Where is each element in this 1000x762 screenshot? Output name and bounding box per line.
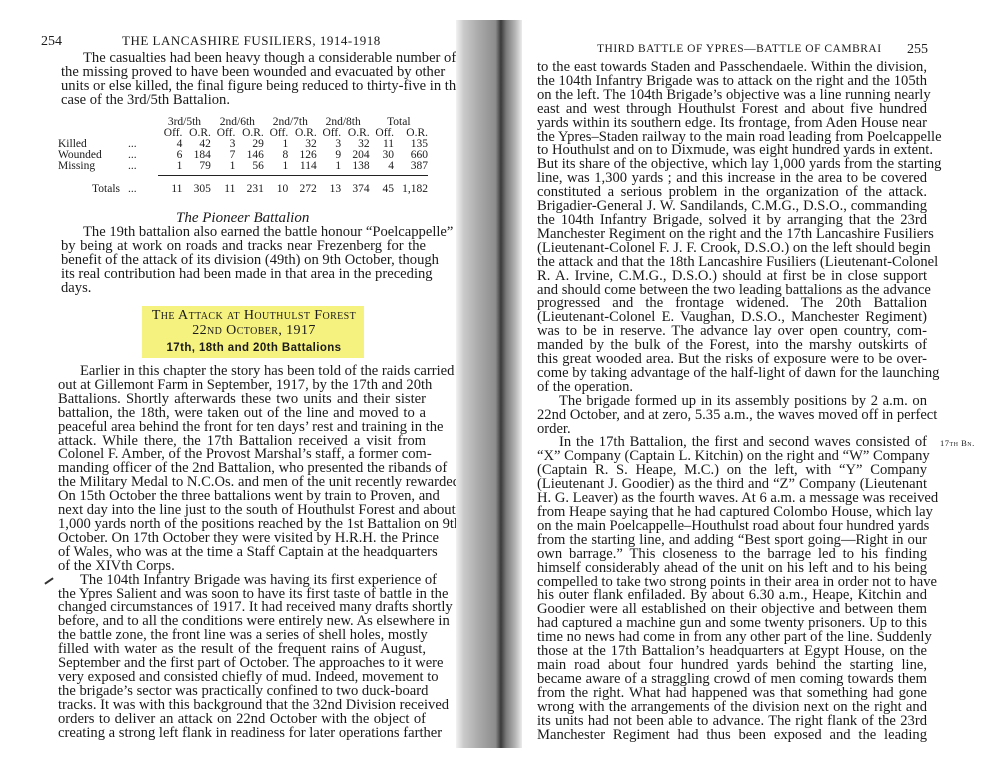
pioneer-paragraph: The 19th battalion also earned the battl… xyxy=(61,226,426,296)
body-text: to the east towards Staden and Passchend… xyxy=(537,61,927,742)
section-heading: The Attack at Houthulst Forest 22nd Octo… xyxy=(140,308,368,356)
casualty-table: 3rd/5th 2nd/6th 2nd/7th 2nd/8th Total Of… xyxy=(58,117,428,195)
section-subtitle: 17th, 18th and 20th Battalions xyxy=(140,341,368,356)
section-title: The Attack at Houthulst Forest xyxy=(140,308,368,323)
cell: 1 xyxy=(264,161,288,172)
cell: 4 xyxy=(370,161,394,172)
text-line: case of the 3rd/5th Battalion. xyxy=(61,94,426,108)
cell: 138 xyxy=(341,161,369,172)
text-line: Manchester Regiment had thus been expose… xyxy=(537,729,927,743)
cell: 1 xyxy=(158,161,182,172)
cell: 79 xyxy=(182,161,210,172)
left-page: 254 THE LANCASHIRE FUSILIERS, 1914-1918 … xyxy=(0,0,470,762)
cell: 1 xyxy=(317,161,341,172)
table-subheader: Off.O.R. Off.O.R. Off.O.R. Off.O.R. Off.… xyxy=(58,128,428,139)
table-totals-row: Totals ... 11 305 11 231 10 272 13 374 4… xyxy=(58,176,428,196)
page-number: 254 xyxy=(41,34,62,50)
leader-dots: ... xyxy=(128,161,158,172)
table-row: Killed ... 4 42 3 29 1 32 3 32 11 135 xyxy=(58,139,428,150)
margin-note: 17th Bn. xyxy=(940,438,975,448)
right-page: THIRD BATTLE OF YPRES—BATTLE OF CAMBRAI … xyxy=(520,0,1000,762)
cell: 114 xyxy=(288,161,316,172)
cell: 13 xyxy=(317,176,341,196)
cell: 231 xyxy=(235,176,263,196)
cell: 1 xyxy=(211,161,235,172)
book-gutter-shadow xyxy=(456,20,522,748)
intro-paragraph: The casualties had been heavy though a c… xyxy=(61,52,426,108)
cell: 272 xyxy=(288,176,316,196)
cell: 10 xyxy=(264,176,288,196)
row-label: Missing xyxy=(58,161,128,172)
body-text: Earlier in this chapter the story has be… xyxy=(58,365,426,740)
text-line: days. xyxy=(61,282,426,296)
text-line: 22nd October, and at zero, 5.35 a.m., th… xyxy=(537,409,927,423)
cell: 11 xyxy=(158,176,182,196)
cell: 56 xyxy=(235,161,263,172)
page-number: 255 xyxy=(907,42,928,58)
text-line: its real contribution had been made in t… xyxy=(61,268,426,282)
running-head: THE LANCASHIRE FUSILIERS, 1914-1918 xyxy=(122,33,422,49)
row-label: Totals xyxy=(58,176,128,196)
text-line: creating a strong left flank in readines… xyxy=(58,727,426,741)
cell: 45 xyxy=(370,176,394,196)
cell: 305 xyxy=(182,176,210,196)
section-date: 22nd October, 1917 xyxy=(140,323,368,338)
cell: 387 xyxy=(394,161,428,172)
cell: 11 xyxy=(211,176,235,196)
table-row: Wounded ... 6 184 7 146 8 126 9 204 30 6… xyxy=(58,150,428,161)
leader-dots: ... xyxy=(128,176,158,196)
running-head: THIRD BATTLE OF YPRES—BATTLE OF CAMBRAI xyxy=(597,43,897,55)
table-row: Missing ... 1 79 1 56 1 114 1 138 4 387 xyxy=(58,161,428,172)
pencil-mark xyxy=(44,577,53,584)
cell: 1,182 xyxy=(394,176,428,196)
cell: 374 xyxy=(341,176,369,196)
